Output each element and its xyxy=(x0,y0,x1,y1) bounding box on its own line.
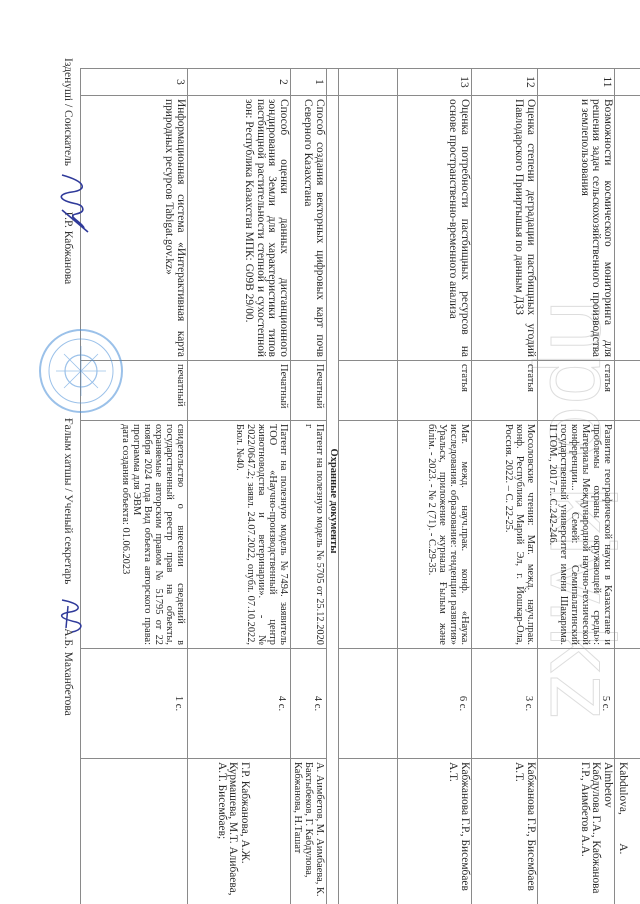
row-number: 2 xyxy=(188,69,291,96)
table-row: 1 Способ создания векторных цифровых кар… xyxy=(291,69,327,904)
section-header-row: Охранные документы xyxy=(327,69,339,904)
row-title: Способ оценки данных дистанционного зонд… xyxy=(188,96,291,361)
official-stamp-icon xyxy=(33,328,124,414)
row-volume: 5 с. xyxy=(538,649,615,759)
row-details: Патент на полезную модель №7494. заявите… xyxy=(188,421,291,649)
row-authors: Г.Р. Кабжанова, А.Ж. Курмашева, М.Т. Али… xyxy=(188,759,291,904)
row-authors: А. Аимбетов, М. Аимбаева, К. Бактыбеков,… xyxy=(291,759,327,904)
scanned-document-page: npo.kiv.kz Kabdulova, A. 11 Возможности … xyxy=(0,0,640,904)
row-authors: Aimbetov Кабдулова Г.А., Кабжанова Г.Р.,… xyxy=(538,759,615,904)
publications-table: Kabdulova, A. 11 Возможности космическог… xyxy=(80,68,640,904)
row-title: Способ создания векторных цифровых карт … xyxy=(291,96,327,361)
row-form: статья xyxy=(472,361,538,421)
row-volume: 3 с. xyxy=(472,649,538,759)
table-row: 11 Возможности космического мониторинга … xyxy=(538,69,615,904)
row-volume: 4 с. xyxy=(188,649,291,759)
row-title: Оценка степени деградации пастбищных уго… xyxy=(472,96,538,361)
row-form: Печатный xyxy=(188,361,291,421)
row-volume: 4 с. xyxy=(291,649,327,759)
secretary-signature-icon xyxy=(54,596,88,636)
row-title: Возможности космического мониторинга для… xyxy=(538,96,615,361)
table-row: 12 Оценка степени деградации пастбищных … xyxy=(472,69,538,904)
row-form: статья xyxy=(398,361,472,421)
row-authors: Кабжанова Г.Р., Бисембаев А.Т. xyxy=(398,759,472,904)
row-details: Мат. межд. науч.прак. конф. «Наука. иссл… xyxy=(398,421,472,649)
row-form: статья xyxy=(538,361,615,421)
secretary-name: А.Б. Маханбетова xyxy=(62,628,74,716)
row-details: Патент на полезную модель № 5705 от 25.1… xyxy=(291,421,327,649)
row-title: Оценка потребности пастбищных ресурсов н… xyxy=(398,96,472,361)
authors-cell-partial: Kabdulova, A. xyxy=(615,759,640,904)
row-details: Развитие географической науки в Казахста… xyxy=(538,421,615,649)
row-number: 1 xyxy=(291,69,327,96)
table-row: 13 Оценка потребности пастбищных ресурсо… xyxy=(398,69,472,904)
row-volume: 6 с. xyxy=(398,649,472,759)
row-number: 11 xyxy=(538,69,615,96)
row-details: свидетельство о внесении сведений в госу… xyxy=(81,421,188,649)
row-form: Печатный xyxy=(291,361,327,421)
table-row: 3 Информационная система «Интерактивная … xyxy=(81,69,188,904)
secretary-signature-line: Ғалым хатшы / Ученый секретарь А.Б. Маха… xyxy=(62,418,74,716)
secretary-label: Ғалым хатшы / Ученый секретарь xyxy=(62,418,74,584)
applicant-signature-icon xyxy=(52,170,92,240)
row-number: 13 xyxy=(398,69,472,96)
row-details: Мосоловские чтения: Мат. межд. науч.прак… xyxy=(472,421,538,649)
row-number: 12 xyxy=(472,69,538,96)
row-authors xyxy=(81,759,188,904)
table-row: 2 Способ оценки данных дистанционного зо… xyxy=(188,69,291,904)
row-volume: 1 с. xyxy=(81,649,188,759)
table-row-partial-top: Kabdulova, A. xyxy=(615,69,640,904)
section-title: Охранные документы xyxy=(327,96,339,904)
row-authors: Кабжанова Г.Р., Бисембаев А.Т. xyxy=(472,759,538,904)
table-row-empty xyxy=(339,69,398,904)
row-title: Информационная система «Интерактивная ка… xyxy=(81,96,188,361)
row-number: 3 xyxy=(81,69,188,96)
applicant-label: Ізденуші / Соискатель xyxy=(62,58,74,166)
